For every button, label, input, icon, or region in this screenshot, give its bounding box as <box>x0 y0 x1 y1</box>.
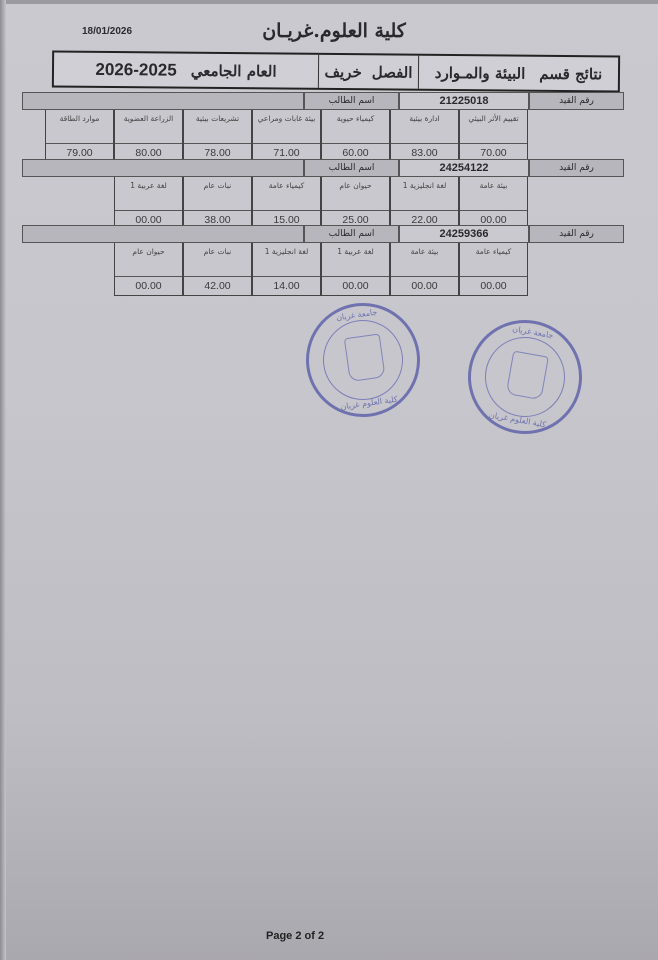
course-name: حيوان عام <box>322 177 389 211</box>
course-cell: بيئة عامة00.00 <box>390 243 459 296</box>
student-header-row: رقم القيد24254122اسم الطالب <box>22 159 624 177</box>
student-header-row: رقم القيد21225018اسم الطالب <box>22 92 624 110</box>
course-cell: لغة انجليزية 114.00 <box>252 243 321 296</box>
emblem-icon <box>506 351 549 401</box>
course-name: لغة انجليزية 1 <box>253 243 320 277</box>
courses-row: كيمياء عامة00.00بيئة عامة00.00لغة عربية … <box>22 243 624 296</box>
course-cell: بيئة عامة00.00 <box>459 177 528 230</box>
course-cell: لغة عربية 100.00 <box>321 243 390 296</box>
course-cell: تشريعات بيئية78.00 <box>183 110 252 163</box>
semester-segment: الفصل خريف <box>318 55 418 89</box>
student-id-label: رقم القيد <box>529 92 624 110</box>
course-name: ادارة بيئية <box>391 110 458 144</box>
college-stamp: جامعة غريان كلية العلوم غريان <box>299 296 428 425</box>
semester-label: الفصل <box>372 63 413 81</box>
student-name-label: اسم الطالب <box>304 159 399 177</box>
course-cell: الزراعة العضوية80.00 <box>114 110 183 163</box>
course-cell: حيوان عام25.00 <box>321 177 390 230</box>
student-id-value: 24259366 <box>399 225 529 243</box>
blank-space <box>528 177 624 230</box>
stamp-top-text: جامعة غريان <box>303 303 411 327</box>
year-label: العام الجامعي <box>191 61 277 80</box>
course-name: نبات عام <box>184 177 251 211</box>
department-segment: نتائج قسم البيئة والمـوارد <box>418 56 618 91</box>
course-name: كيمياء عامة <box>253 177 320 211</box>
course-name: تقييم الأثر البيئي <box>460 110 527 144</box>
course-grade: 00.00 <box>460 277 527 295</box>
college-stamp: جامعة غريان كلية العلوم غريان <box>459 311 591 443</box>
course-name: لغة عربية 1 <box>322 243 389 277</box>
course-cell: لغة انجليزية 122.00 <box>390 177 459 230</box>
student-record: رقم القيد24259366اسم الطالبكيمياء عامة00… <box>22 225 624 296</box>
student-record: رقم القيد24254122اسم الطالببيئة عامة00.0… <box>22 159 624 230</box>
course-name: كيمياء حيوية <box>322 110 389 144</box>
course-name: نبات عام <box>184 243 251 277</box>
paper-top-edge <box>0 0 658 4</box>
paper-left-edge <box>0 0 6 960</box>
course-name: بيئة غابات ومراعي <box>253 110 320 144</box>
course-name: بيئة عامة <box>391 243 458 277</box>
course-grade: 14.00 <box>253 277 320 295</box>
course-name: بيئة عامة <box>460 177 527 211</box>
course-cell: بيئة غابات ومراعي71.00 <box>252 110 321 163</box>
course-name: حيوان عام <box>115 243 182 277</box>
course-cell: تقييم الأثر البيئي70.00 <box>459 110 528 163</box>
student-name-label: اسم الطالب <box>304 92 399 110</box>
college-title: كلية العلوم.غريـان <box>0 20 658 42</box>
course-cell: موارد الطاقة79.00 <box>45 110 114 163</box>
course-name: تشريعات بيئية <box>184 110 251 144</box>
student-name-label: اسم الطالب <box>304 225 399 243</box>
student-id-value: 21225018 <box>399 92 529 110</box>
page-number: Page 2 of 2 <box>266 930 324 942</box>
student-id-label: رقم القيد <box>529 159 624 177</box>
stamp-top-text: جامعة غريان <box>479 318 587 346</box>
course-name: لغة عربية 1 <box>115 177 182 211</box>
student-header-row: رقم القيد24259366اسم الطالب <box>22 225 624 243</box>
course-cell: نبات عام42.00 <box>183 243 252 296</box>
results-title-box: نتائج قسم البيئة والمـوارد الفصل خريف ال… <box>52 51 620 93</box>
blank-space <box>528 110 624 163</box>
student-name-value <box>22 159 304 177</box>
course-name: لغة انجليزية 1 <box>391 177 458 211</box>
course-cell: كيمياء حيوية60.00 <box>321 110 390 163</box>
course-grade: 00.00 <box>391 277 458 295</box>
student-id-value: 24254122 <box>399 159 529 177</box>
year-segment: العام الجامعي 2026-2025 <box>54 53 318 88</box>
blank-space <box>528 243 624 296</box>
course-cell: ادارة بيئية83.00 <box>390 110 459 163</box>
results-label: نتائج قسم <box>539 64 602 83</box>
course-name: كيمياء عامة <box>460 243 527 277</box>
course-grade: 00.00 <box>322 277 389 295</box>
course-name: الزراعة العضوية <box>115 110 182 144</box>
emblem-icon <box>344 333 386 382</box>
course-cell: كيمياء عامة00.00 <box>459 243 528 296</box>
course-name: موارد الطاقة <box>46 110 113 144</box>
course-grade: 00.00 <box>115 277 182 295</box>
courses-row: بيئة عامة00.00لغة انجليزية 122.00حيوان ع… <box>22 177 624 230</box>
courses-row: تقييم الأثر البيئي70.00ادارة بيئية83.00ك… <box>22 110 624 163</box>
semester-value: خريف <box>324 62 361 80</box>
course-cell: نبات عام38.00 <box>183 177 252 230</box>
course-cell: حيوان عام00.00 <box>114 243 183 296</box>
student-name-value <box>22 225 304 243</box>
student-id-label: رقم القيد <box>529 225 624 243</box>
student-record: رقم القيد21225018اسم الطالبتقييم الأثر ا… <box>22 92 624 163</box>
stamp-bottom-text: كلية العلوم غريان <box>463 406 571 434</box>
stamp-bottom-text: كلية العلوم غريان <box>315 391 423 415</box>
course-cell: كيمياء عامة15.00 <box>252 177 321 230</box>
year-value: 2026-2025 <box>95 59 176 80</box>
student-name-value <box>22 92 304 110</box>
course-grade: 42.00 <box>184 277 251 295</box>
department-name: البيئة والمـوارد <box>435 63 526 82</box>
course-cell: لغة عربية 100.00 <box>114 177 183 230</box>
